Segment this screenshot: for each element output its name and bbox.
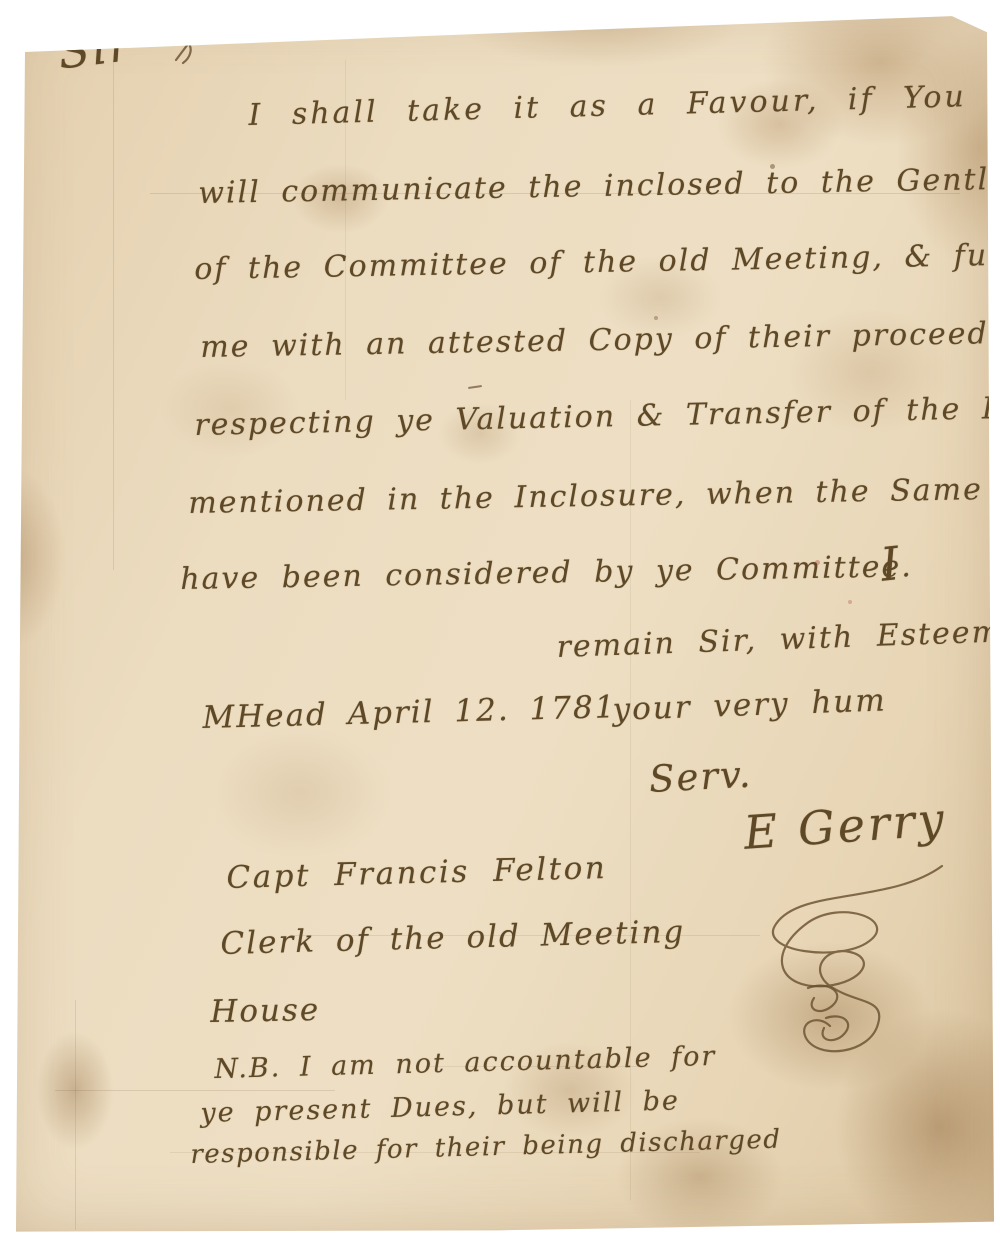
fold-crease-vertical: [630, 400, 631, 1200]
letter-page: Sir I shall take it as a Favour, if You …: [0, 0, 1000, 1239]
signature: E Gerry: [742, 792, 948, 860]
body-line: will communicate the inclosed to the Gen…: [198, 161, 1000, 211]
fold-crease-vertical: [113, 60, 114, 570]
address-line: Capt Francis Felton: [226, 850, 608, 896]
fold-crease-horizontal: [55, 1090, 335, 1091]
address-line: Clerk of the old Meeting: [220, 914, 686, 962]
ink-speck: [654, 316, 658, 320]
body-line: me with an attested Copy of their procee…: [200, 315, 1000, 365]
body-line: I shall take it as a Favour, if You: [248, 79, 967, 133]
postscript-line: responsible for their being discharged: [190, 1125, 782, 1170]
body-line: of the Committee of the old Meeting, & f…: [194, 237, 1000, 287]
body-line: mentioned in the Inclosure, when the Sam…: [188, 470, 1000, 521]
salutation: Sir: [55, 17, 135, 80]
closing-line: remain Sir, with Esteem: [556, 614, 1000, 665]
body-line: respecting ye Valuation & Transfer of th…: [194, 390, 1000, 443]
postscript-line: ye present Dues, but will be: [200, 1085, 680, 1129]
address-line: House: [210, 992, 321, 1030]
body-line: have been considered by ye Committee.: [180, 549, 913, 597]
fold-crease-vertical: [75, 1000, 76, 1230]
postscript-line: N.B. I am not accountable for: [214, 1041, 717, 1085]
dateline: MHead April 12. 1781: [202, 689, 617, 736]
red-speck: [848, 600, 852, 604]
closing-line: Serv.: [648, 753, 753, 801]
ink-mark: [172, 30, 206, 66]
scan-background: Sir I shall take it as a Favour, if You …: [0, 0, 1000, 1239]
stray-ink-mark: [468, 385, 482, 389]
signature-flourish: [690, 858, 960, 1088]
closing-line: your very hum: [612, 682, 887, 728]
